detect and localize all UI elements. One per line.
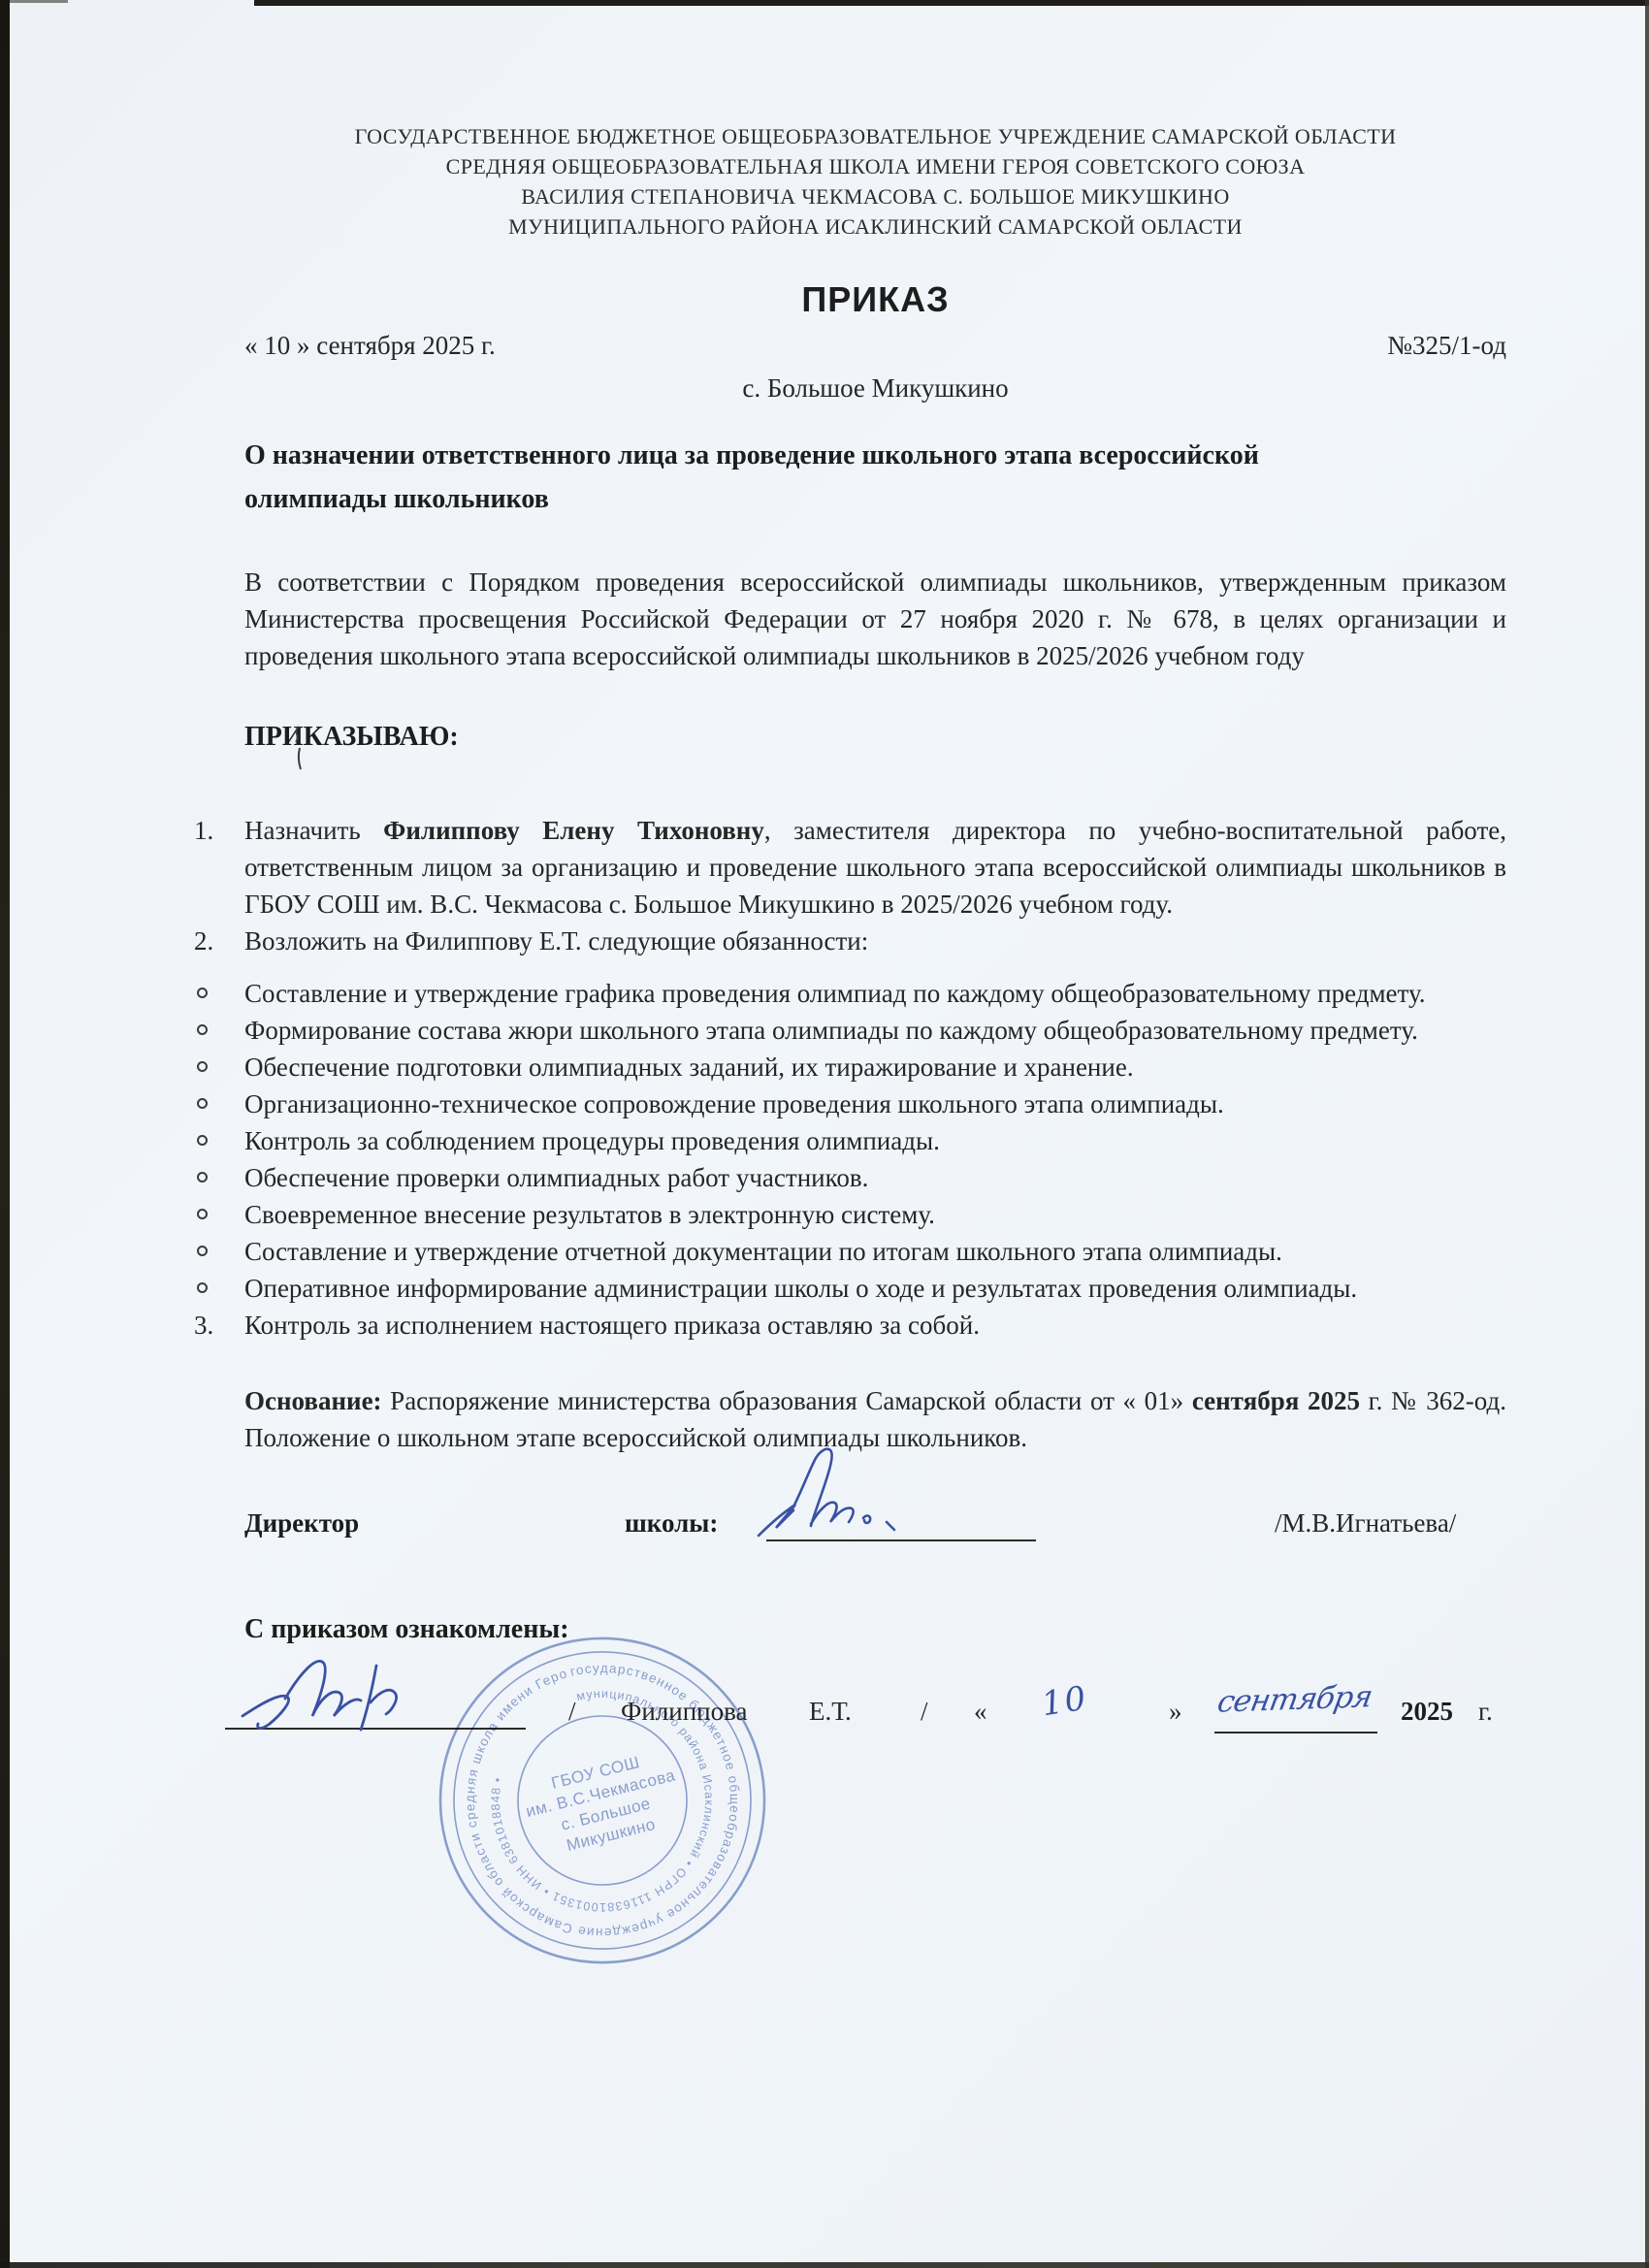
bullet-circle-icon [197, 1172, 208, 1183]
bullet-circle-icon [197, 988, 208, 998]
command-word: ПРИКАЗЫВАЮ: [244, 719, 1506, 756]
duty-item: Составление и утверждение отчетной докум… [244, 1233, 1506, 1270]
director-label: Директор [244, 1505, 359, 1541]
bullet-circle-icon [197, 1061, 208, 1072]
quote-open: « [974, 1693, 987, 1730]
scan-edge-left [0, 0, 10, 2268]
item1-appointee-name: Филиппову Елену Тихоновну [383, 816, 764, 845]
item-number: 3. [194, 1307, 213, 1344]
scanned-order-page: ГОСУДАРСТВЕННОЕ БЮДЖЕТНОЕ ОБЩЕОБРАЗОВАТЕ… [0, 0, 1649, 2268]
order-meta-row: « 10 » сентября 2025 г. №325/1-од [244, 327, 1506, 364]
duty-text: Обеспечение подготовки олимпиадных задан… [244, 1053, 1134, 1082]
item-number: 2. [194, 923, 213, 959]
quote-close: » [1169, 1693, 1182, 1730]
bullet-circle-icon [197, 1098, 208, 1109]
director-signature-line [766, 1539, 1036, 1541]
bullet-circle-icon [197, 1282, 208, 1293]
duty-text: Оперативное информирование администрации… [244, 1274, 1357, 1303]
handwritten-month: сентября [1214, 1678, 1374, 1720]
numbered-item-1: 1. Назначить Филиппову Елену Тихоновну, … [244, 812, 1506, 923]
item-number: 1. [194, 812, 213, 849]
duty-text: Организационно-техническое сопровождение… [244, 1089, 1224, 1118]
scan-edge-top-nub [10, 0, 68, 3]
item2-text: Возложить на Филиппову Е.Т. следующие об… [244, 926, 868, 956]
duty-item: Оперативное информирование администрации… [244, 1270, 1506, 1307]
director-name: /М.В.Игнатьева/ [1275, 1505, 1456, 1541]
duty-item: Обеспечение проверки олимпиадных работ у… [244, 1159, 1506, 1196]
duty-text: Составление и утверждение графика провед… [244, 979, 1426, 1008]
duty-item: Организационно-техническое сопровождение… [244, 1085, 1506, 1122]
duties-list: Составление и утверждение графика провед… [244, 975, 1506, 1307]
organization-header: ГОСУДАРСТВЕННОЕ БЮДЖЕТНОЕ ОБЩЕОБРАЗОВАТЕ… [244, 0, 1506, 242]
document-content: ГОСУДАРСТВЕННОЕ БЮДЖЕТНОЕ ОБЩЕОБРАЗОВАТЕ… [244, 0, 1506, 1780]
org-header-line: ВАСИЛИЯ СТЕПАНОВИЧА ЧЕКМАСОВА С. БОЛЬШОЕ… [244, 181, 1506, 211]
duty-item: Своевременное внесение результатов в эле… [244, 1196, 1506, 1233]
order-date: « 10 » сентября 2025 г. [244, 327, 496, 364]
acknowledged-label: С приказом ознакомлены: [244, 1611, 1506, 1648]
duty-text: Обеспечение проверки олимпиадных работ у… [244, 1163, 868, 1192]
preamble-paragraph: В соответствии с Порядком проведения все… [244, 564, 1506, 674]
basis-text: Распоряжение министерства образования Са… [382, 1386, 1192, 1415]
year-suffix: г. [1478, 1693, 1493, 1730]
bullet-circle-icon [197, 1024, 208, 1035]
basis-paragraph: Основание: Распоряжение министерства обр… [244, 1382, 1506, 1456]
order-number: №325/1-од [1387, 327, 1506, 364]
ink-smudge-artifact [287, 724, 310, 774]
duty-item: Формирование состава жюри школьного этап… [244, 1012, 1506, 1049]
duty-item: Обеспечение подготовки олимпиадных задан… [244, 1049, 1506, 1085]
year-value: 2025 [1401, 1693, 1453, 1730]
slash-separator: / [921, 1693, 928, 1730]
school-label: школы: [625, 1505, 718, 1541]
handwritten-day: 10 [1039, 1680, 1090, 1724]
numbered-item-2: 2. Возложить на Филиппову Е.Т. следующие… [244, 923, 1506, 959]
director-signature-scribble [755, 1442, 920, 1543]
scan-edge-right [1645, 0, 1649, 2268]
duty-text: Формирование состава жюри школьного этап… [244, 1016, 1418, 1045]
order-subject: О назначении ответственного лица за пров… [244, 434, 1341, 521]
duty-item: Составление и утверждение графика провед… [244, 975, 1506, 1012]
org-header-line: ГОСУДАРСТВЕННОЕ БЮДЖЕТНОЕ ОБЩЕОБРАЗОВАТЕ… [244, 121, 1506, 151]
scan-edge-bottom [0, 2262, 1649, 2268]
document-title: ПРИКАЗ [244, 280, 1506, 319]
duty-item: Контроль за соблюдением процедуры провед… [244, 1122, 1506, 1159]
item1-prefix: Назначить [244, 816, 383, 845]
order-place: с. Большое Микушкино [244, 370, 1506, 406]
org-header-line: МУНИЦИПАЛЬНОГО РАЙОНА ИСАКЛИНСКИЙ САМАРС… [244, 211, 1506, 242]
numbered-item-3: 3. Контроль за исполнением настоящего пр… [244, 1307, 1506, 1344]
director-signature-row: Директор школы: /М.В.Игнатьева/ [244, 1503, 1506, 1561]
bullet-circle-icon [197, 1209, 208, 1219]
basis-date-bold: сентября 2025 [1192, 1386, 1360, 1415]
duty-text: Своевременное внесение результатов в эле… [244, 1200, 935, 1229]
bullet-circle-icon [197, 1246, 208, 1256]
month-underline [1214, 1732, 1377, 1733]
basis-label: Основание: [244, 1386, 382, 1415]
item3-text: Контроль за исполнением настоящего прика… [244, 1311, 980, 1340]
ack-name-initials: Е.Т. [809, 1693, 852, 1730]
duty-text: Контроль за соблюдением процедуры провед… [244, 1126, 940, 1155]
org-header-line: СРЕДНЯЯ ОБЩЕОБРАЗОВАТЕЛЬНАЯ ШКОЛА ИМЕНИ … [244, 151, 1506, 181]
bullet-circle-icon [197, 1135, 208, 1146]
duty-text: Составление и утверждение отчетной докум… [244, 1237, 1282, 1266]
stamp-center-text: ГБОУ СОШ им. В.С.Чекмасова с. Большое Ми… [519, 1745, 688, 1863]
